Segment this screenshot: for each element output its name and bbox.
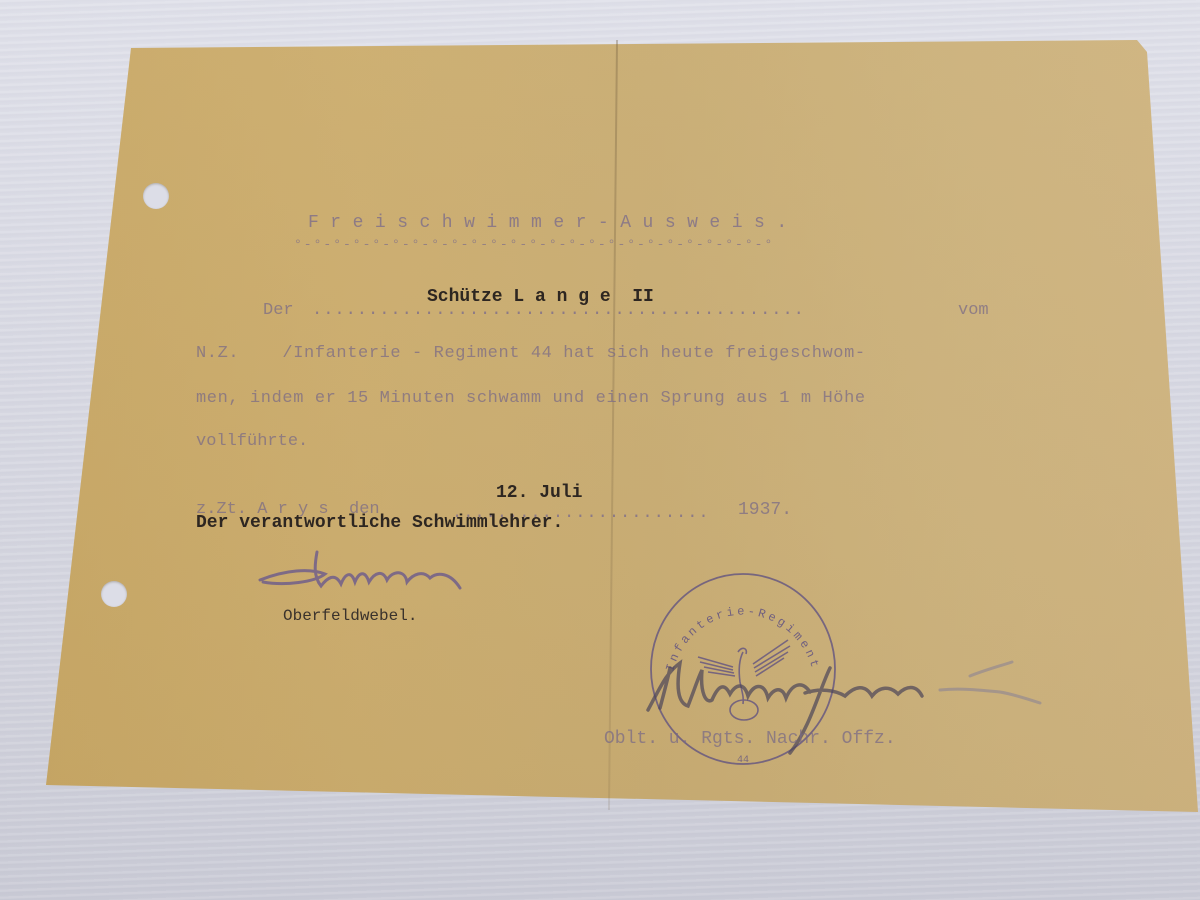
swim-teacher-heading: Der verantwortliche Schwimmlehrer.: [196, 514, 563, 532]
document-title: Freischwimmer-Ausweis.: [308, 214, 799, 232]
name-suffix: vom: [958, 302, 989, 319]
officer-rank: Oblt. u. Rgts. Nachr. Offz.: [604, 730, 896, 748]
punch-hole-top: [143, 183, 169, 209]
teacher-signature: Lorenz: [255, 548, 475, 608]
date-year: 1937.: [738, 501, 792, 519]
name-dots: ........................................…: [312, 302, 805, 319]
body-line-1: N.Z. /Infanterie - Regiment 44 hat sich …: [196, 345, 866, 362]
name-prefix: Der: [263, 302, 294, 319]
body-line-3: vollführte.: [196, 433, 308, 450]
title-ornament: °-°-°-°-°-°-°-°-°-°-°-°-°-°-°-°-°-°-°-°-…: [294, 238, 774, 251]
body-line-2: men, indem er 15 Minuten schwamm und ein…: [196, 390, 866, 407]
teacher-rank: Oberfeldwebel.: [283, 608, 417, 624]
paper-shading: [0, 0, 1200, 900]
filled-date: 12. Juli: [496, 484, 582, 502]
punch-hole-bottom: [101, 581, 127, 607]
